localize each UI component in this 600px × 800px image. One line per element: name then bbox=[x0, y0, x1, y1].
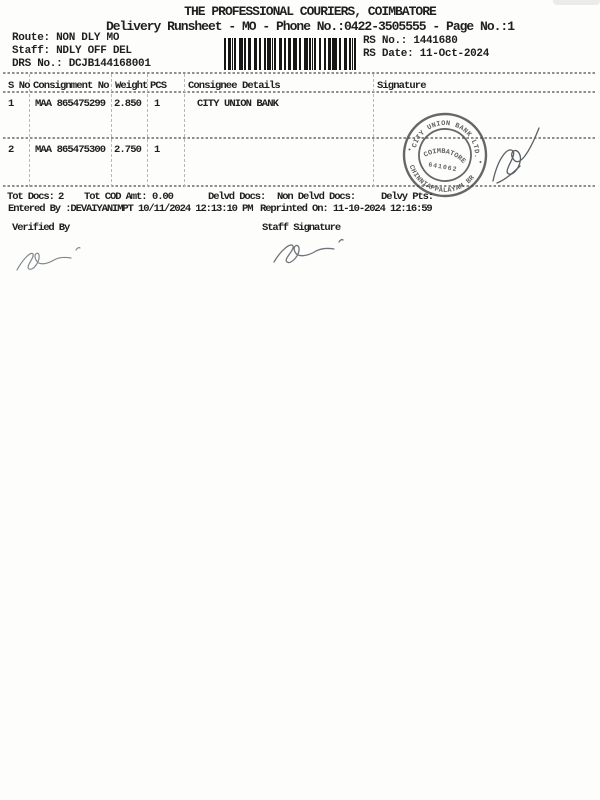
consignee-signature bbox=[493, 128, 539, 183]
drs-no-line: DRS No.: DCJB144168001 bbox=[12, 58, 151, 70]
row2-pcs: 1 bbox=[154, 144, 159, 156]
col-header-signature: Signature bbox=[377, 80, 426, 92]
delvd-docs-label: Delvd Docs: bbox=[208, 191, 265, 203]
non-delvd-docs-label: Non Delvd Docs: bbox=[277, 191, 355, 203]
tot-cod-label: Tot COD Amt: bbox=[84, 191, 146, 203]
tot-docs-label: Tot Docs: bbox=[7, 191, 54, 203]
column-divider bbox=[111, 74, 112, 187]
rs-date-line: RS Date: 11-Oct-2024 bbox=[363, 48, 489, 60]
row1-pcs: 1 bbox=[154, 98, 159, 110]
route-line: Route: NON DLY MO bbox=[12, 32, 119, 44]
stamp-separator-right: • bbox=[477, 159, 483, 168]
delvy-pts-label: Delvy Pts: bbox=[381, 191, 433, 203]
barcode bbox=[224, 38, 356, 70]
rs-no-line: RS No.: 1441680 bbox=[363, 35, 458, 47]
row2-sno: 2 bbox=[8, 144, 13, 156]
verified-by-label: Verified By bbox=[12, 222, 69, 234]
row1-weight: 2.850 bbox=[114, 98, 141, 110]
tot-cod-value: 0.00 bbox=[152, 191, 173, 203]
row1-sno: 1 bbox=[8, 98, 13, 110]
company-title: THE PROFESSIONAL COURIERS, COIMBATORE bbox=[20, 4, 600, 19]
reprinted-on-line: Reprinted On: 11-10-2024 12:16:59 bbox=[260, 203, 432, 215]
col-header-consignee: Consignee Details bbox=[188, 80, 280, 92]
col-header-sno: S No bbox=[8, 80, 30, 92]
verified-by-signature bbox=[14, 243, 90, 277]
col-header-consignment: Consignment No bbox=[33, 80, 109, 92]
col-header-weight: Weight bbox=[115, 80, 147, 92]
row1-consignee: CITY UNION BANK bbox=[197, 98, 278, 110]
row2-weight: 2.750 bbox=[114, 144, 141, 156]
row1-consignment: MAA 865475299 bbox=[35, 98, 105, 110]
col-header-pcs: PCS bbox=[150, 80, 166, 92]
stamp-seal: CITY UNION BANK LTD. CHINNIAPPALAYAM BR … bbox=[398, 108, 493, 203]
staff-line: Staff: NDLY OFF DEL bbox=[12, 45, 132, 57]
scan-artifact bbox=[553, 0, 600, 5]
staff-signature-label: Staff Signature bbox=[262, 222, 340, 234]
divider bbox=[3, 72, 597, 74]
stamp-separator-left: • bbox=[407, 146, 413, 155]
row2-consignment: MAA 865475300 bbox=[35, 144, 105, 156]
column-divider bbox=[184, 74, 185, 187]
staff-signature-scribble bbox=[270, 236, 350, 270]
delivery-runsheet-page: THE PROFESSIONAL COURIERS, COIMBATORE De… bbox=[0, 0, 600, 800]
tot-docs-value: 2 bbox=[58, 191, 63, 203]
entered-by-line: Entered By :DEVAIYANIMPT 10/11/2024 12:1… bbox=[8, 203, 252, 215]
stamp-pincode-text: 641062 bbox=[428, 161, 458, 173]
column-divider bbox=[373, 74, 374, 187]
